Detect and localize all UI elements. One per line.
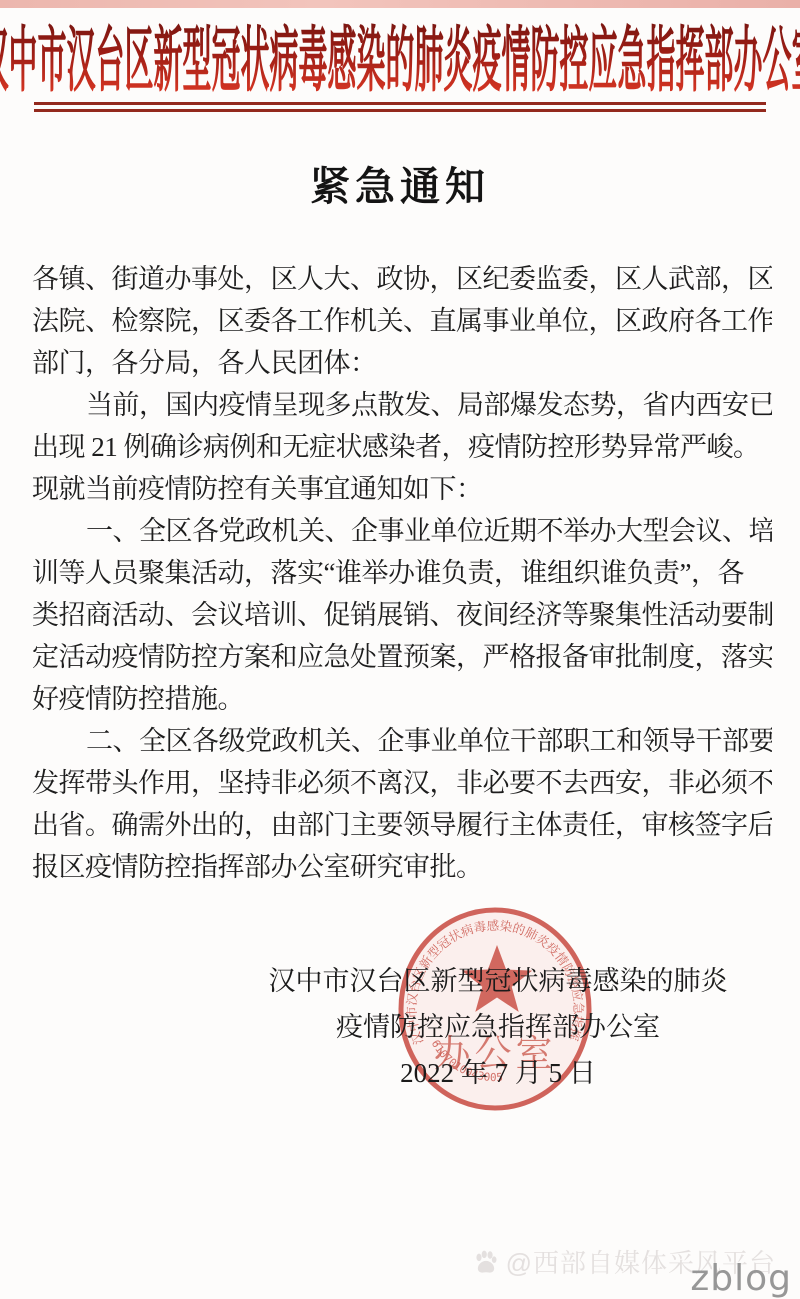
site-label: zblog <box>690 1258 792 1299</box>
signature-block: 汉中市汉台区新型冠状病毒感染的肺炎 疫情防控应急指挥部办公室 2022 年 7 … <box>0 958 800 1096</box>
notice-line: 现就当前疫情防控有关事宜通知如下： <box>32 468 772 510</box>
notice-line: 类招商活动、会议培训、促销展销、夜间经济等聚集性活动要制 <box>32 594 772 636</box>
signature-org-line2: 疫情防控应急指挥部办公室 <box>196 1004 800 1050</box>
notice-line: 法院、检察院，区委各工作机关、直属事业单位，区政府各工作 <box>32 300 772 342</box>
notice-line: 各镇、街道办事处，区人大、政协，区纪委监委，区人武部，区 <box>32 258 772 300</box>
notice-line: 出现 21 例确诊病例和无症状感染者，疫情防控形势异常严峻。 <box>32 426 772 468</box>
notice-line: 训等人员聚集活动，落实“谁举办谁负责，谁组织谁负责”，各 <box>32 552 772 594</box>
notice-line: 当前，国内疫情呈现多点散发、局部爆发态势，省内西安已 <box>32 384 772 426</box>
notice-line: 好疫情防控措施。 <box>32 678 772 720</box>
notice-line: 出省。确需外出的，由部门主要领导履行主体责任，审核签字后 <box>32 804 772 846</box>
notice-line: 一、全区各党政机关、企事业单位近期不举办大型会议、培 <box>32 510 772 552</box>
letterhead-title: 汉中市汉台区新型冠状病毒感染的肺炎疫情防控应急指挥部办公室 <box>0 6 800 106</box>
document-page: 汉中市汉台区新型冠状病毒感染的肺炎疫情防控应急指挥部办公室 紧急通知 各镇、街道… <box>0 0 800 1299</box>
notice-line: 报区疫情防控指挥部办公室研究审批。 <box>32 846 772 888</box>
notice-line: 定活动疫情防控方案和应急处置预案，严格报备审批制度，落实 <box>32 636 772 678</box>
signature-date: 2022 年 7 月 5 日 <box>196 1050 800 1096</box>
letterhead-banner: 汉中市汉台区新型冠状病毒感染的肺炎疫情防控应急指挥部办公室 <box>0 10 800 102</box>
signature-org-line1: 汉中市汉台区新型冠状病毒感染的肺炎 <box>196 958 800 1004</box>
notice-line: 部门，各分局，各人民团体： <box>32 342 772 384</box>
notice-line: 发挥带头作用，坚持非必须不离汉，非必要不去西安，非必须不 <box>32 762 772 804</box>
notice-line: 二、全区各级党政机关、企事业单位干部职工和领导干部要 <box>32 720 772 762</box>
notice-body: 各镇、街道办事处，区人大、政协，区纪委监委，区人武部，区法院、检察院，区委各工作… <box>32 258 772 888</box>
notice-title: 紧急通知 <box>0 164 800 210</box>
baidu-paw-icon <box>472 1248 500 1276</box>
